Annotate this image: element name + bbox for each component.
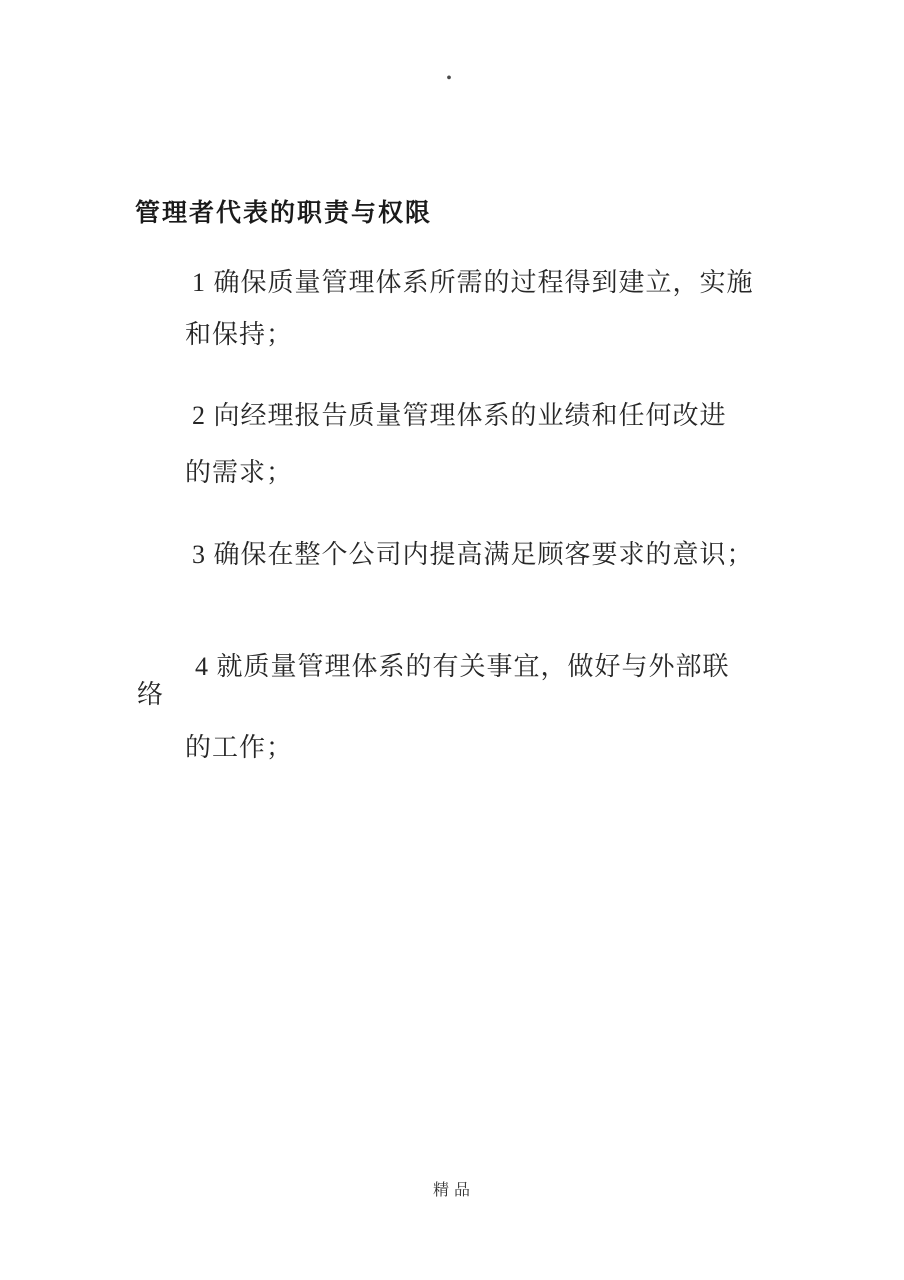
paragraph-4-line-3: 的工作；	[185, 734, 293, 763]
paragraph-3-line-1: 3 确保在整个公司内提高满足顾客要求的意识；	[192, 541, 754, 570]
document-page: . 管理者代表的职责与权限 1 确保质量管理体系所需的过程得到建立，实施 和保持…	[0, 0, 904, 1280]
paragraph-1-line-1: 1 确保质量管理体系所需的过程得到建立，实施	[192, 269, 754, 298]
paragraph-2-line-2: 的需求；	[185, 459, 293, 488]
footer-watermark: 精品	[433, 1182, 475, 1200]
paragraph-2-line-1: 2 向经理报告质量管理体系的业绩和任何改进	[192, 402, 727, 431]
paragraph-1-line-2: 和保持；	[185, 321, 293, 350]
page-title: 管理者代表的职责与权限	[135, 201, 432, 226]
stray-dot-mark: .	[445, 52, 453, 84]
paragraph-4-line-1: 4 就质量管理体系的有关事宜，做好与外部联	[195, 653, 730, 682]
paragraph-4-wrapped-char: 络	[137, 681, 164, 710]
